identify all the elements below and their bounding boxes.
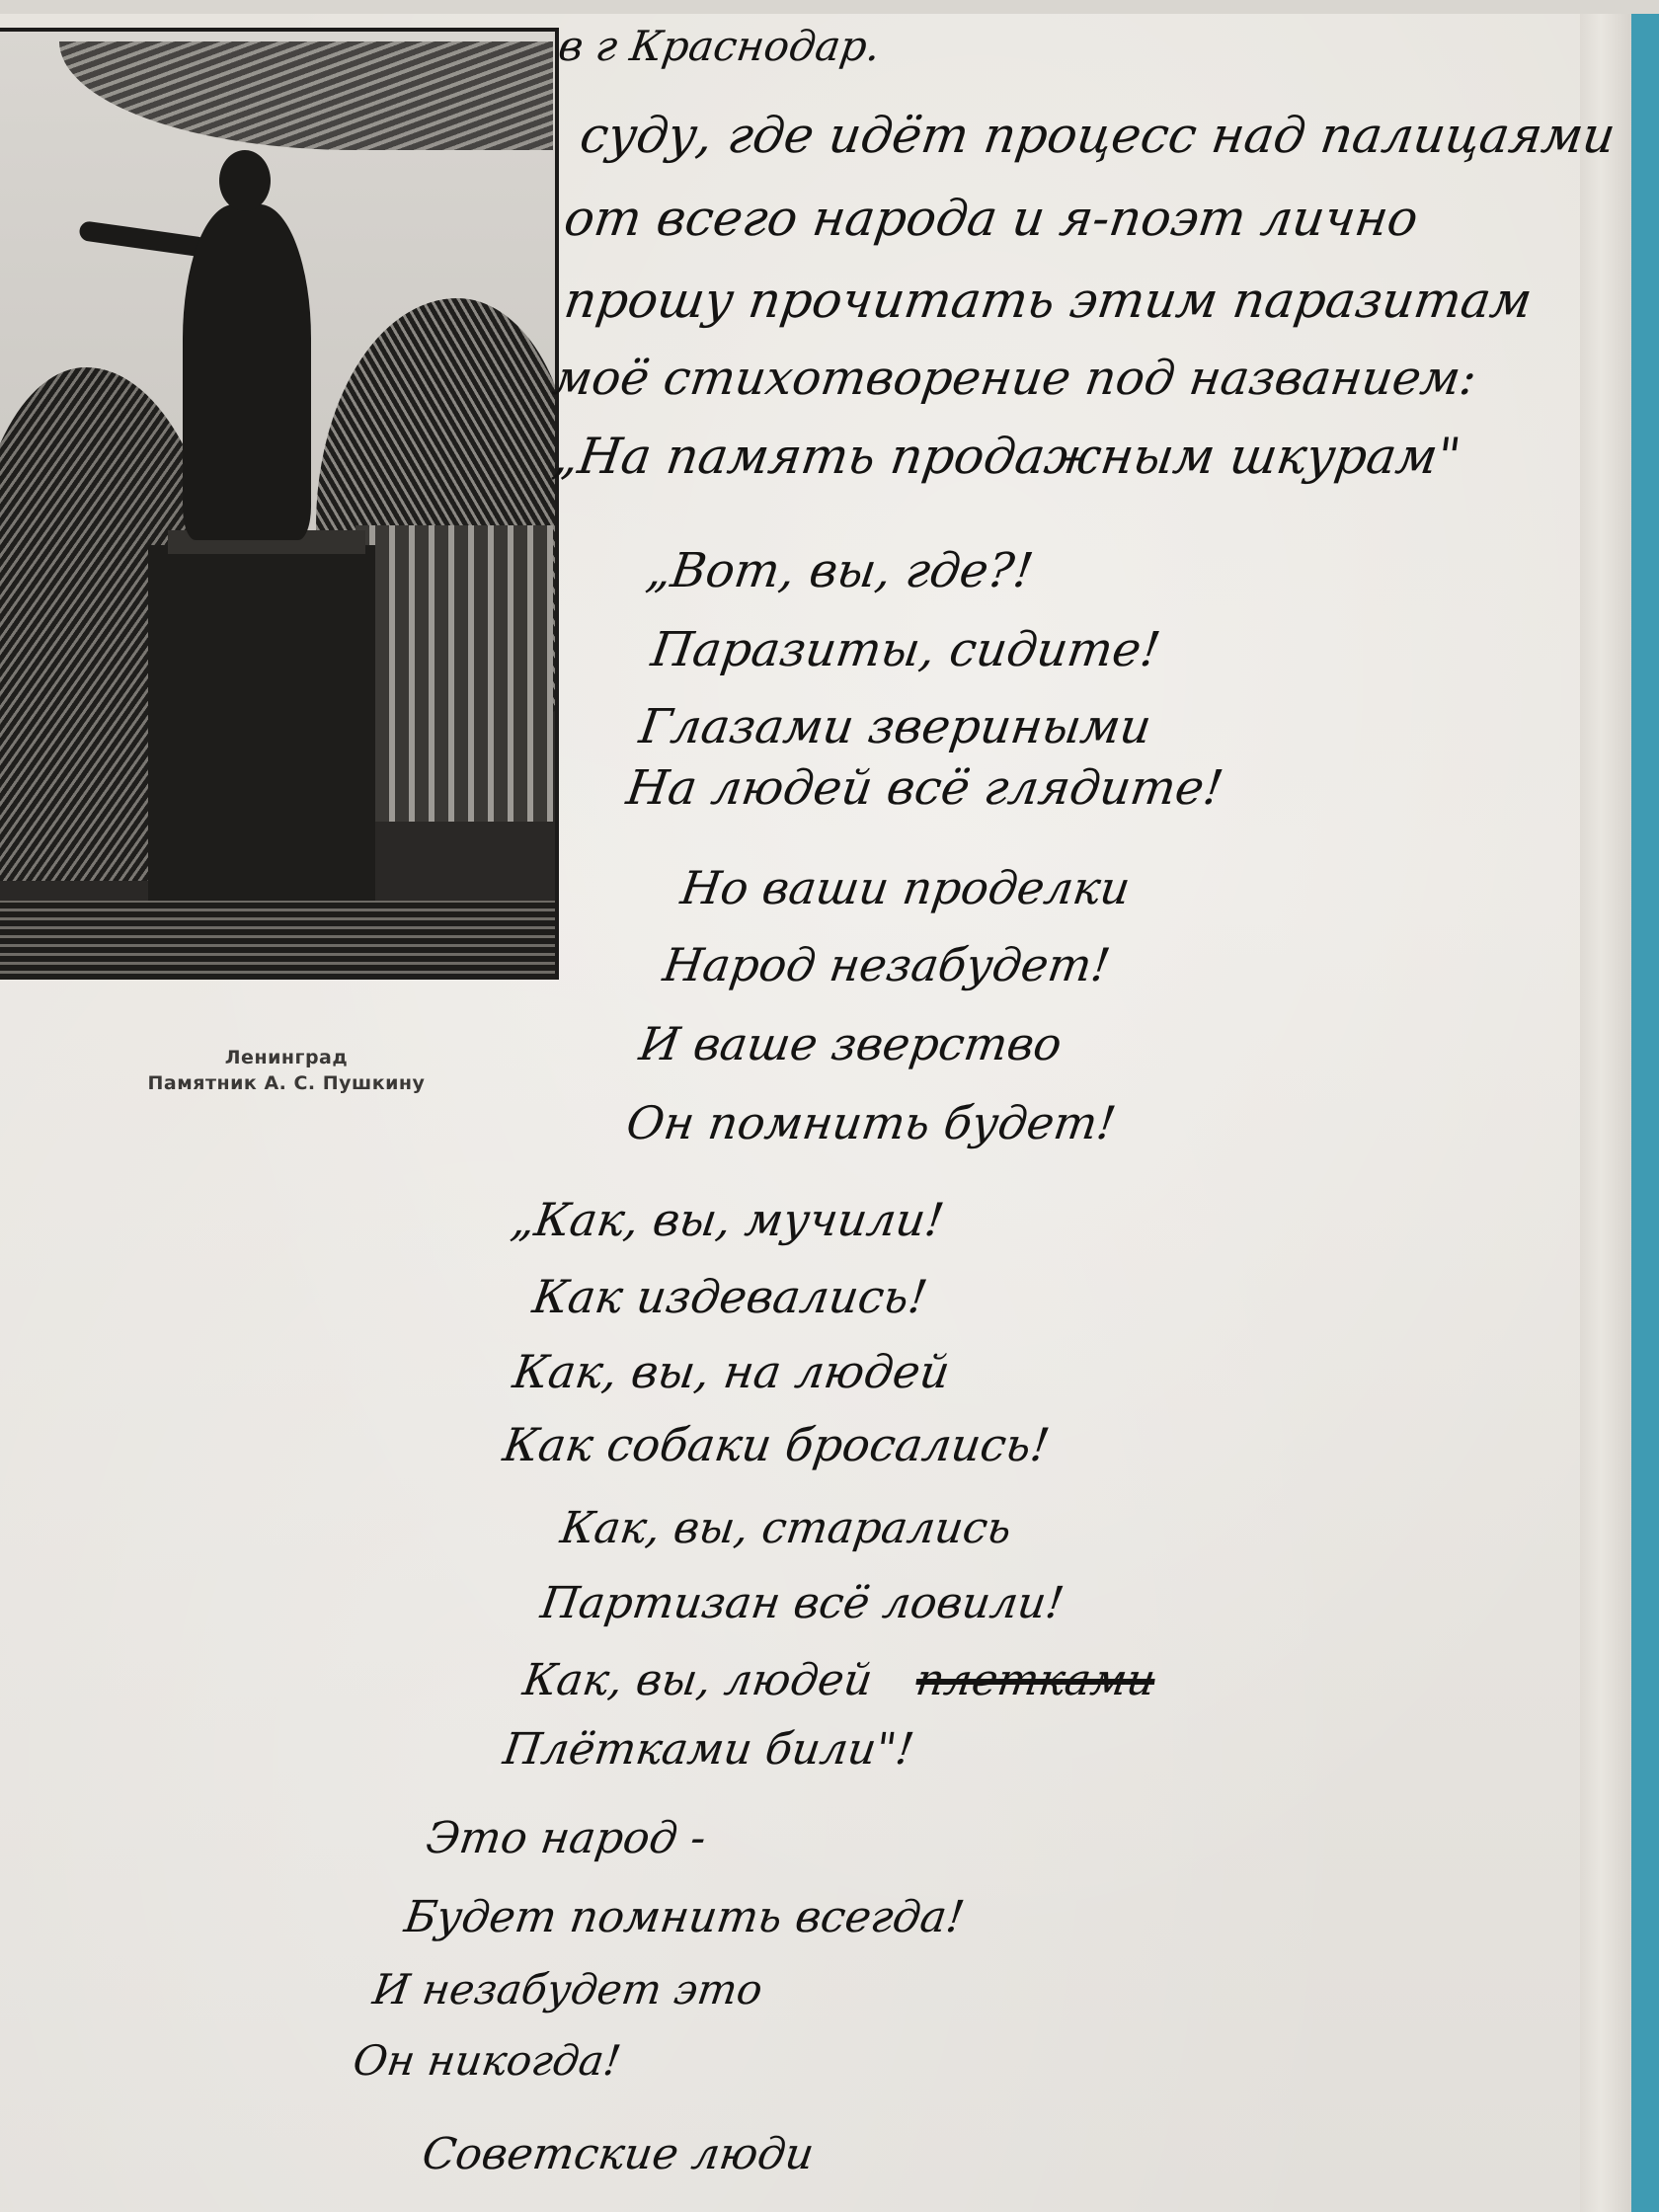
pushkin-monument-illustration bbox=[0, 28, 559, 980]
poem-line: И ваше зверство bbox=[636, 1017, 1065, 1070]
poem-line: Это народ - bbox=[423, 1813, 709, 1863]
poem-line: Он помнить будет! bbox=[623, 1096, 1119, 1149]
intro-line: от всего народа и я-поэт лично bbox=[561, 190, 1422, 247]
poem-line: Плётками били"! bbox=[500, 1724, 916, 1775]
poem-line: Как, вы, старались bbox=[557, 1503, 1014, 1553]
poem-line: „Вот, вы, где?! bbox=[643, 543, 1037, 598]
postcard-caption: Ленинград Памятник А. С. Пушкину bbox=[39, 1045, 533, 1096]
statue-head bbox=[219, 150, 271, 211]
poem-line: „Как, вы, мучили! bbox=[508, 1193, 947, 1246]
paper-edge bbox=[1580, 0, 1631, 2212]
poem-line: Партизан всё ловили! bbox=[537, 1578, 1066, 1628]
poem-line: Как, вы, на людей bbox=[510, 1345, 953, 1398]
poem-line: Советские люди bbox=[419, 2129, 817, 2179]
poem-line: Но ваши проделки bbox=[677, 861, 1134, 914]
caption-title: Памятник А. С. Пушкину bbox=[39, 1070, 533, 1096]
poem-line: И незабудет это bbox=[370, 1965, 766, 2014]
poem-line: Как собаки бросались! bbox=[500, 1418, 1053, 1471]
poem-line: На людей всё глядите! bbox=[623, 760, 1226, 816]
building-icon bbox=[355, 525, 553, 822]
poem-line: Глазами звериными bbox=[636, 699, 1154, 754]
struck-out-word: плетками bbox=[912, 1655, 1158, 1705]
poem-line: Он никогда! bbox=[351, 2036, 624, 2085]
poem-line: Будет помнить всегда! bbox=[401, 1892, 967, 1942]
intro-line: прошу прочитать этим паразитам bbox=[561, 272, 1536, 329]
top-edge bbox=[0, 0, 1659, 14]
ground bbox=[0, 901, 555, 980]
statue-body bbox=[183, 204, 311, 540]
intro-line: суду, где идёт процесс над палицаями bbox=[577, 107, 1619, 164]
pedestal bbox=[148, 545, 375, 950]
poem-line: Как, вы, людей bbox=[519, 1655, 875, 1705]
poem-line: Паразиты, сидите! bbox=[648, 622, 1163, 677]
poem-title: „На память продажным шкурам" bbox=[549, 428, 1464, 485]
intro-line: моё стихотворение под названием: bbox=[549, 351, 1480, 406]
caption-city: Ленинград bbox=[39, 1045, 533, 1070]
poem-line: Народ незабудет! bbox=[660, 938, 1113, 991]
poem-line: Как издевались! bbox=[529, 1270, 930, 1323]
letter-header: в г Краснодар. bbox=[556, 22, 884, 70]
